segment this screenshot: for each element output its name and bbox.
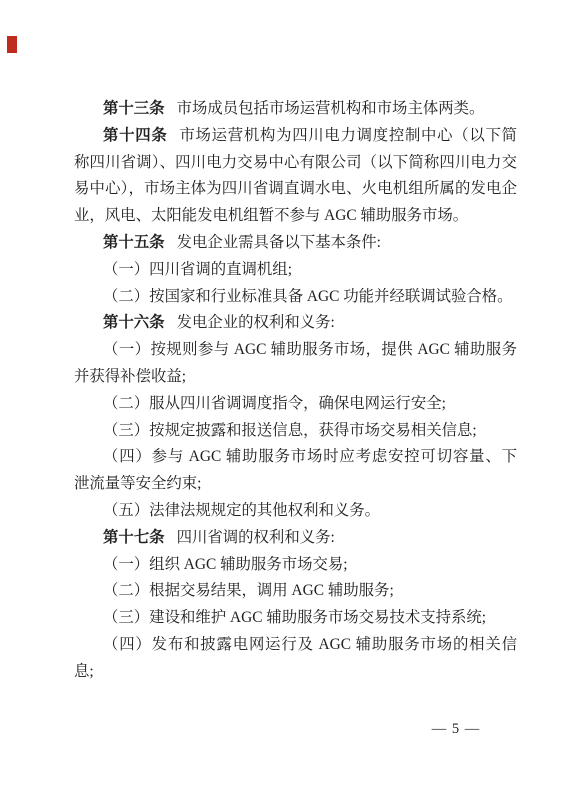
doc-line: （二）服从四川省调调度指令，确保电网运行安全;	[74, 391, 517, 418]
article-line: 第十四条市场运营机构为四川电力调度控制中心（以下简	[74, 123, 517, 150]
article-number: 第十五条	[103, 234, 165, 251]
line-text: （一）四川省调的直调机组;	[103, 261, 292, 278]
line-text: （二）按国家和行业标准具备 AGC 功能并经联调试验合格。	[103, 288, 513, 305]
doc-line: （一）组织 AGC 辅助服务市场交易;	[74, 552, 517, 579]
doc-line: 称四川省调）、四川电力交易中心有限公司（以下简称四川电力交	[74, 150, 517, 177]
line-text: （一）按规则参与 AGC 辅助服务市场，提供 AGC 辅助服务	[103, 341, 517, 358]
line-text: （三）按规定披露和报送信息，获得市场交易相关信息;	[103, 422, 477, 439]
article-line: 第十六条发电企业的权利和义务:	[74, 310, 517, 337]
doc-line: （四）发布和披露电网运行及 AGC 辅助服务市场的相关信	[74, 632, 517, 659]
doc-line: 并获得补偿收益;	[74, 364, 517, 391]
line-text: （二）服从四川省调调度指令，确保电网运行安全;	[103, 395, 446, 412]
line-text: （一）组织 AGC 辅助服务市场交易;	[103, 556, 348, 573]
doc-line: 业，风电、太阳能发电机组暂不参与 AGC 辅助服务市场。	[74, 203, 517, 230]
article-line: 第十七条四川省调的权利和义务:	[74, 525, 517, 552]
line-text: 业，风电、太阳能发电机组暂不参与 AGC 辅助服务市场。	[74, 207, 468, 224]
article-line: 第十五条发电企业需具备以下基本条件:	[74, 230, 517, 257]
article-number: 第十六条	[103, 314, 165, 331]
article-number: 第十四条	[103, 127, 167, 144]
doc-line: （四）参与 AGC 辅助服务市场时应考虑安控可切容量、下	[74, 444, 517, 471]
document-body: 第十三条市场成员包括市场运营机构和市场主体两类。 第十四条市场运营机构为四川电力…	[74, 96, 517, 686]
article-number: 第十三条	[103, 100, 165, 117]
doc-line: （三）按规定披露和报送信息，获得市场交易相关信息;	[74, 418, 517, 445]
line-text: 称四川省调）、四川电力交易中心有限公司（以下简称四川电力交	[74, 154, 517, 171]
doc-line: （二）按国家和行业标准具备 AGC 功能并经联调试验合格。	[74, 284, 517, 311]
line-text: 泄流量等安全约束;	[74, 475, 201, 492]
doc-line: （一）按规则参与 AGC 辅助服务市场，提供 AGC 辅助服务	[74, 337, 517, 364]
line-text: （三）建设和维护 AGC 辅助服务市场交易技术支持系统;	[103, 609, 486, 626]
article-line: 第十三条市场成员包括市场运营机构和市场主体两类。	[74, 96, 517, 123]
line-text: 易中心），市场主体为四川省调直调水电、火电机组所属的发电企	[74, 180, 517, 197]
line-text: （四）参与 AGC 辅助服务市场时应考虑安控可切容量、下	[103, 448, 517, 465]
line-text: 市场成员包括市场运营机构和市场主体两类。	[177, 100, 485, 117]
doc-line: 泄流量等安全约束;	[74, 471, 517, 498]
line-text: （四）发布和披露电网运行及 AGC 辅助服务市场的相关信	[103, 636, 517, 653]
line-text: 发电企业的权利和义务:	[177, 314, 335, 331]
line-text: 并获得补偿收益;	[74, 368, 186, 385]
document-page: 第十三条市场成员包括市场运营机构和市场主体两类。 第十四条市场运营机构为四川电力…	[0, 0, 565, 800]
line-text: （二）根据交易结果，调用 AGC 辅助服务;	[103, 582, 394, 599]
line-text: （五）法律法规规定的其他权利和义务。	[103, 502, 380, 519]
doc-line: 易中心），市场主体为四川省调直调水电、火电机组所属的发电企	[74, 176, 517, 203]
line-text: 市场运营机构为四川电力调度控制中心（以下简	[179, 127, 517, 144]
doc-line: （五）法律法规规定的其他权利和义务。	[74, 498, 517, 525]
doc-line: （一）四川省调的直调机组;	[74, 257, 517, 284]
doc-line: （二）根据交易结果，调用 AGC 辅助服务;	[74, 578, 517, 605]
doc-line: 息;	[74, 659, 517, 686]
line-text: 发电企业需具备以下基本条件:	[177, 234, 381, 251]
line-text: 四川省调的权利和义务:	[177, 529, 335, 546]
red-mark	[7, 36, 17, 53]
article-number: 第十七条	[103, 529, 165, 546]
doc-line: （三）建设和维护 AGC 辅助服务市场交易技术支持系统;	[74, 605, 517, 632]
line-text: 息;	[74, 663, 94, 680]
page-number: — 5 —	[416, 721, 496, 738]
